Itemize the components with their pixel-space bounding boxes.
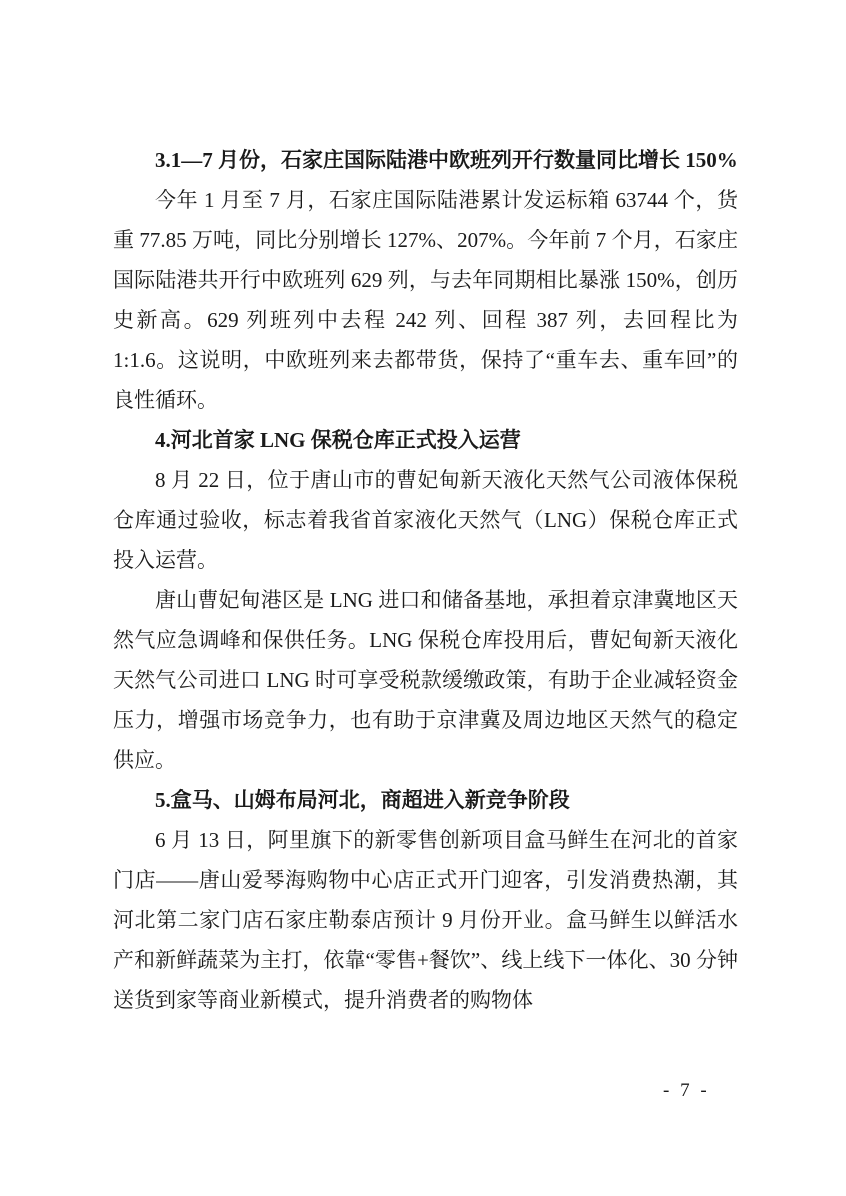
page-number: - 7 - xyxy=(663,1079,710,1103)
section-3-heading: 3.1—7 月份，石家庄国际陆港中欧班列开行数量同比增长 150% xyxy=(113,140,738,180)
document-body: 3.1—7 月份，石家庄国际陆港中欧班列开行数量同比增长 150% 今年 1 月… xyxy=(113,140,738,1020)
section-3-paragraph: 今年 1 月至 7 月，石家庄国际陆港累计发运标箱 63744 个，货重 77.… xyxy=(113,180,738,420)
section-4-paragraph-1: 8 月 22 日，位于唐山市的曹妃甸新天液化天然气公司液体保税仓库通过验收，标志… xyxy=(113,460,738,580)
document-page: 3.1—7 月份，石家庄国际陆港中欧班列开行数量同比增长 150% 今年 1 月… xyxy=(0,0,846,1196)
section-5-heading: 5.盒马、山姆布局河北，商超进入新竞争阶段 xyxy=(113,780,738,820)
section-5-paragraph: 6 月 13 日，阿里旗下的新零售创新项目盒马鲜生在河北的首家门店——唐山爱琴海… xyxy=(113,820,738,1020)
section-4-heading: 4.河北首家 LNG 保税仓库正式投入运营 xyxy=(113,420,738,460)
section-4-paragraph-2: 唐山曹妃甸港区是 LNG 进口和储备基地，承担着京津冀地区天然气应急调峰和保供任… xyxy=(113,580,738,780)
